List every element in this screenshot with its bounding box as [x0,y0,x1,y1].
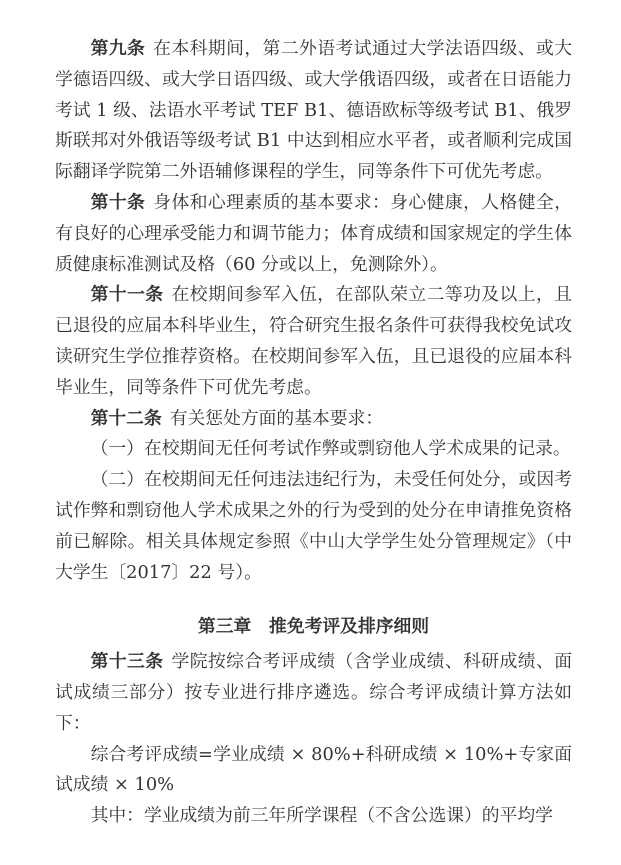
article-number: 第十三条 [91,651,164,672]
document-body: 第九条在本科期间，第二外语考试通过大学法语四级、或大学德语四级、或大学日语四级、… [55,34,572,832]
document-page: 第九条在本科期间，第二外语考试通过大学法语四级、或大学德语四级、或大学日语四级、… [0,0,621,865]
paragraph: 第十一条在校期间参军入伍，在部队荣立二等功及以上，且已退役的应届本科毕业生，符合… [55,280,572,403]
chapter-heading: 第三章 推免考评及排序细则 [55,612,572,643]
paragraph: 第十二条有关惩处方面的基本要求： [55,404,572,435]
paragraph: （二）在校期间无任何违法违纪行为，未受任何处分，或因考试作弊和剽窃他人学术成果之… [55,465,572,588]
paragraph: 其中：学业成绩为前三年所学课程（不含公选课）的平均学 [55,801,572,832]
paragraph: 第十条身体和心理素质的基本要求：身心健康，人格健全，有良好的心理承受能力和调节能… [55,188,572,280]
paragraph: 第十三条学院按综合考评成绩（含学业成绩、科研成绩、面试成绩三部分）按专业进行排序… [55,647,572,739]
paragraph: （一）在校期间无任何考试作弊或剽窃他人学术成果的记录。 [55,434,572,465]
paragraph: 综合考评成绩=学业成绩 × 80%+科研成绩 × 10%+专家面试成绩 × 10… [55,740,572,802]
article-number: 第十条 [91,192,146,213]
article-number: 第九条 [91,38,146,59]
paragraph: 第九条在本科期间，第二外语考试通过大学法语四级、或大学德语四级、或大学日语四级、… [55,34,572,188]
article-number: 第十一条 [91,284,164,305]
article-number: 第十二条 [91,408,162,429]
